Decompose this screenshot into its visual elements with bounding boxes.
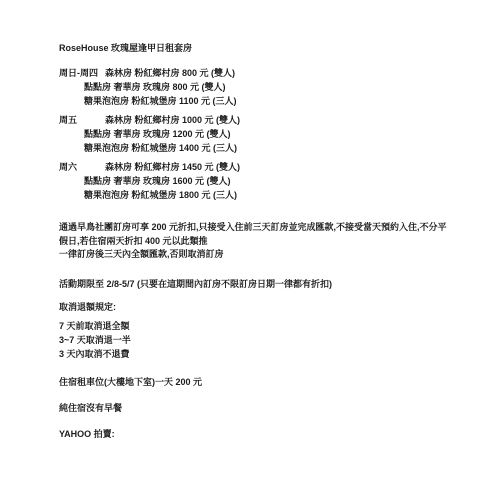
rate-line: 森林房 粉紅鄉村房 1000 元 (雙人) xyxy=(105,115,240,125)
rate-block-fri: 周五森林房 粉紅鄉村房 1000 元 (雙人) 點點房 奢華房 玫瑰房 1200… xyxy=(59,113,453,155)
cancellation-rule: 3~7 天取消退一半 xyxy=(59,333,453,347)
rate-line: 森林房 粉紅鄉村房 800 元 (雙人) xyxy=(105,68,235,78)
no-breakfast-line: 純住宿沒有早餐 xyxy=(59,401,453,415)
rate-block-sun-thu: 周日-周四森林房 粉紅鄉村房 800 元 (雙人) 點點房 奢華房 玫瑰房 80… xyxy=(59,66,453,108)
yahoo-auction-label: YAHOO 拍賣: xyxy=(59,427,453,441)
payment-rule-line: 一律訂房後三天內全額匯款,否則取消訂房 xyxy=(59,248,452,262)
cancellation-heading: 取消退額規定: xyxy=(59,300,453,314)
parking-fee-line: 住宿租車位(大樓地下室)一天 200 元 xyxy=(59,375,453,389)
rate-day-label: 周六 xyxy=(59,160,105,174)
page-title: RoseHouse 玫瑰屋逢甲日租套房 xyxy=(59,42,453,55)
rate-block-sat: 周六森林房 粉紅鄉村房 1450 元 (雙人) 點點房 奢華房 玫瑰房 1600… xyxy=(59,160,453,202)
cancellation-rule: 7 天前取消退全額 xyxy=(59,319,453,333)
cancellation-rules: 7 天前取消退全額 3~7 天取消退一半 3 天內取消不退費 xyxy=(59,319,453,361)
rate-day-label: 周日-周四 xyxy=(59,66,105,80)
cancellation-rule: 3 天內取消不退費 xyxy=(59,347,453,361)
rate-day-label: 周五 xyxy=(59,113,105,127)
rate-line: 糖果泡泡房 粉紅城堡房 1800 元 (三人) xyxy=(59,188,453,202)
rate-line: 糖果泡泡房 粉紅城堡房 1400 元 (三人) xyxy=(59,141,453,155)
promo-period-line: 活動期限至 2/8-5/7 (只要在這期間內訂房不限訂房日期一律都有折扣) xyxy=(59,277,453,291)
rate-line: 森林房 粉紅鄉村房 1450 元 (雙人) xyxy=(105,162,240,172)
early-bird-discount-paragraph: 通過早鳥社團訂房可享 200 元折扣,只接受入住前三天訂房並完成匯款,不接受當天… xyxy=(59,221,452,248)
rate-line: 糖果泡泡房 粉紅城堡房 1100 元 (三人) xyxy=(59,94,453,108)
rate-line: 點點房 奢華房 玫瑰房 800 元 (雙人) xyxy=(59,80,453,94)
document-page: RoseHouse 玫瑰屋逢甲日租套房 周日-周四森林房 粉紅鄉村房 800 元… xyxy=(0,0,495,495)
rate-line: 點點房 奢華房 玫瑰房 1200 元 (雙人) xyxy=(59,127,453,141)
rate-line: 點點房 奢華房 玫瑰房 1600 元 (雙人) xyxy=(59,174,453,188)
